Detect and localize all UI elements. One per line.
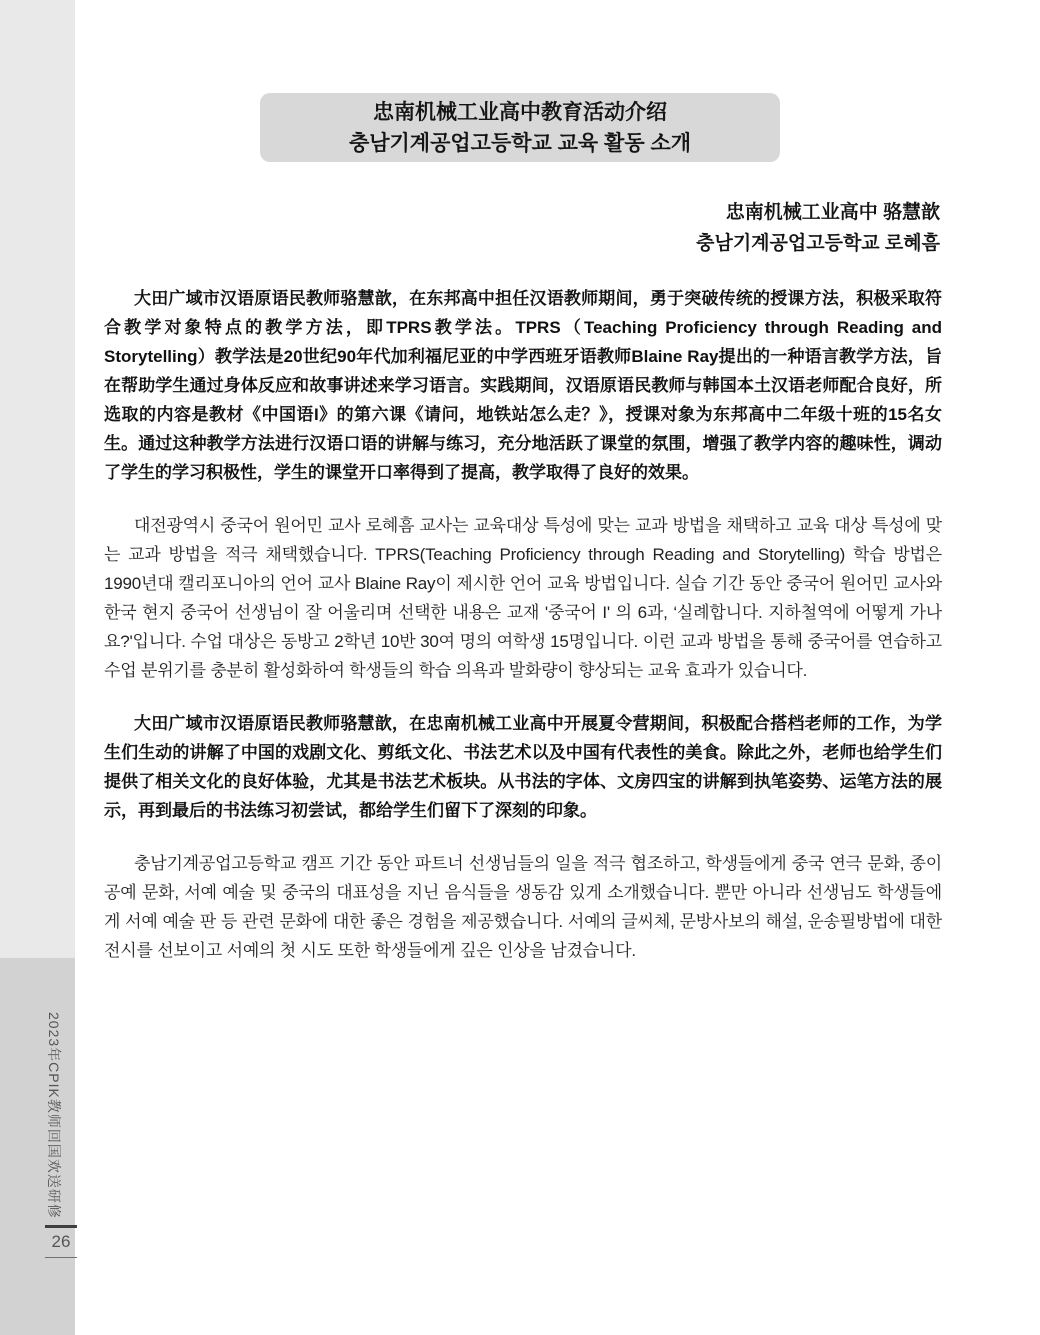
paragraph-2-ko: 대전광역시 중국어 원어민 교사 로혜흠 교사는 교육대상 특성에 맞는 교과 … [104,511,942,685]
sidebar-vertical-caption: 2023年CPIK教师回国欢送研修 [44,1012,64,1219]
document-title-zh: 忠南机械工业高中教育活动介绍 [373,97,667,128]
byline: 忠南机械工业高中 骆慧歆 충남기계공업고등학교 로혜흠 [104,197,940,259]
byline-ko: 충남기계공업고등학교 로혜흠 [104,228,940,259]
left-margin-band-top [0,0,75,958]
document-title-box: 忠南机械工业高中教育活动介绍 충남기계공업고등학교 교육 활동 소개 [260,93,780,162]
paragraph-1-zh: 大田广域市汉语原语民教师骆慧歆，在东邦高中担任汉语教师期间，勇于突破传统的授课方… [104,284,942,487]
byline-zh: 忠南机械工业高中 骆慧歆 [104,197,940,228]
document-page: 2023年CPIK教师回国欢送研修 26 忠南机械工业高中教育活动介绍 충남기계… [0,0,1040,1335]
document-title-ko: 충남기계공업고등학교 교육 활동 소개 [349,128,691,159]
paragraph-4-ko: 충남기계공업고등학교 캠프 기간 동안 파트너 선생님들의 일을 적극 협조하고… [104,849,942,965]
page-number: 26 [52,1232,71,1251]
paragraph-3-zh: 大田广域市汉语原语民教师骆慧歆，在忠南机械工业高中开展夏令营期间，积极配合搭档老… [104,709,942,825]
body-content: 大田广域市汉语原语民教师骆慧歆，在东邦高中担任汉语教师期间，勇于突破传统的授课方… [104,284,942,989]
page-number-box: 26 [45,1225,77,1258]
